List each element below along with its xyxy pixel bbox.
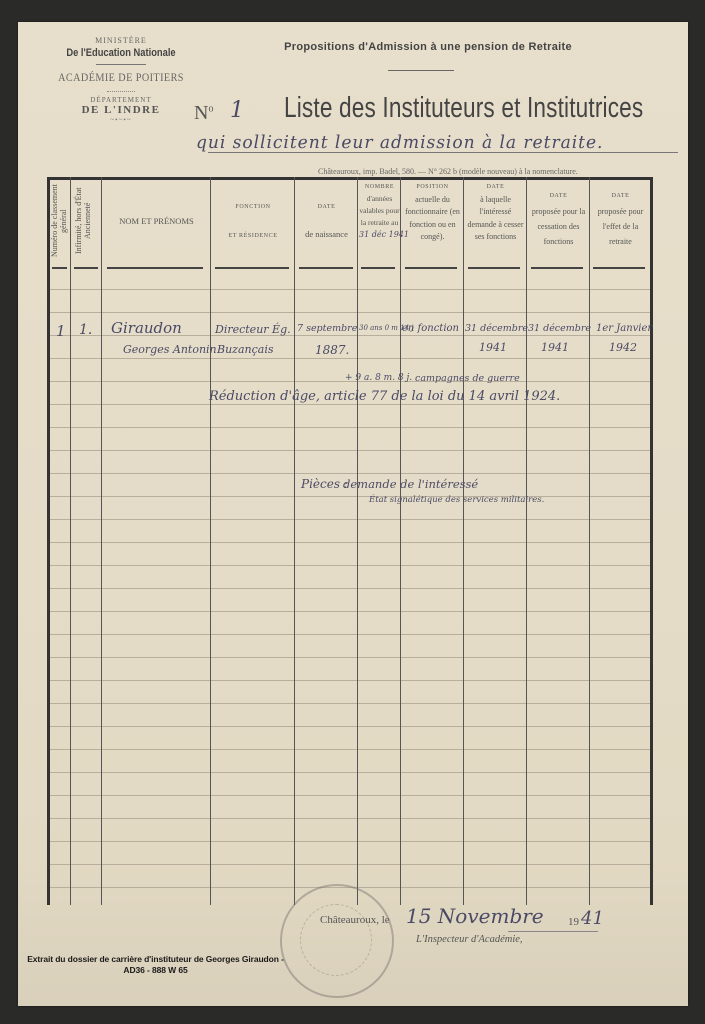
cell-date-effet: 1er Janvier	[596, 323, 652, 334]
cell-date-demande: 31 décembre	[465, 323, 528, 334]
number-sup: o	[208, 103, 213, 114]
caption-line-1: Extrait du dossier de carrière d'institu…	[18, 954, 293, 965]
ministry-block: MINISTÈRE De l'Education Nationale ACADÉ…	[46, 36, 196, 124]
col-header-position-top: POSITION	[402, 181, 463, 194]
proposition-heading: Propositions d'Admission à une pension d…	[178, 41, 678, 53]
header-underline	[52, 267, 67, 269]
register-table: Numéro de classement général Infirmité, …	[47, 177, 653, 922]
column-line	[463, 177, 464, 905]
ornament: ~•~•~	[46, 116, 196, 124]
ruled-line	[50, 864, 650, 865]
ministry-label: MINISTÈRE	[46, 36, 196, 45]
col-header-cessation-top: DATE	[528, 189, 589, 204]
column-line	[400, 177, 401, 905]
ruled-line	[50, 657, 650, 658]
col-header-position: POSITION actuelle du fonctionnaire (en f…	[402, 181, 463, 244]
header-underline	[74, 267, 98, 269]
caption-line-2: AD36 - 888 W 65	[18, 965, 293, 976]
col-header-numero: Numéro de classement général	[50, 181, 68, 261]
note-campaigns-text: campagnes de guerre	[415, 373, 520, 384]
ruled-line	[50, 542, 650, 543]
printer-note: Châteauroux, imp. Badel, 580. — N° 262 b…	[318, 167, 578, 176]
ruled-line	[50, 818, 650, 819]
note-reduction: Réduction d'âge, article 77 de la loi du…	[209, 389, 560, 404]
year-handwritten: 41	[581, 908, 604, 929]
header-underline	[531, 267, 583, 269]
col-header-effet-bottom: proposée pour l'effet de la retraite	[591, 204, 650, 249]
ruled-line	[50, 450, 650, 451]
ruled-line	[50, 680, 650, 681]
document-sheet: MINISTÈRE De l'Education Nationale ACADÉ…	[18, 22, 688, 1006]
col-header-annees-top: NOMBRE	[359, 181, 400, 193]
department-label: DÉPARTEMENT	[46, 96, 196, 104]
col-header-demande-top: DATE	[465, 181, 526, 194]
ruled-line	[50, 565, 650, 566]
cell-naissance-jour: 7 septembre	[297, 323, 357, 334]
col-header-effet: DATE proposée pour l'effet de la retrait…	[591, 189, 650, 249]
col-header-anciennete: Infirmité, hors d'État Ancienneté	[74, 181, 98, 261]
col-header-cessation-bottom: proposée pour la cessation des fonctions	[528, 204, 589, 249]
year-prefix: 19	[568, 916, 579, 928]
col-header-nom: NOM ET PRÉNOMS	[103, 215, 210, 228]
col-header-cessation: DATE proposée pour la cessation des fonc…	[528, 189, 589, 249]
ruled-line	[50, 772, 650, 773]
ministry-name: De l'Education Nationale	[57, 47, 185, 59]
header-underline	[299, 267, 353, 269]
column-line	[357, 177, 358, 905]
header-underline	[361, 267, 395, 269]
place-label: Châteauroux, le	[320, 914, 390, 926]
date-handwritten: 15 Novembre	[406, 904, 544, 928]
page-title: Liste des Instituteurs et Institutrices	[284, 92, 643, 125]
divider	[388, 70, 454, 71]
signatory-label: L'Inspecteur d'Académie,	[416, 934, 523, 945]
col-header-annees-bottom: d'années valables pour la retraite au	[359, 193, 400, 229]
ruled-line	[50, 404, 650, 405]
cell-position: en fonction	[402, 323, 459, 334]
ruled-line	[50, 289, 650, 290]
col-header-naissance: DATE de naissance	[296, 201, 357, 240]
column-line	[101, 177, 102, 905]
ruled-line	[50, 312, 650, 313]
number-letter: N	[194, 102, 208, 124]
column-line	[526, 177, 527, 905]
cell-date-demande-annee: 1941	[479, 341, 507, 354]
column-line	[47, 177, 50, 905]
ruled-line	[50, 588, 650, 589]
header-underline	[593, 267, 645, 269]
ruled-line	[50, 427, 650, 428]
column-line	[650, 177, 653, 905]
ruled-line	[50, 703, 650, 704]
cell-date-effet-annee: 1942	[609, 341, 637, 354]
column-line	[294, 177, 295, 905]
cell-fonction: Directeur Ég.	[215, 323, 291, 336]
header-underline	[107, 267, 203, 269]
cell-anciennete: 1.	[79, 322, 92, 338]
ruled-line	[50, 749, 650, 750]
cell-residence: Buzançais	[217, 343, 274, 356]
header-underline	[215, 267, 289, 269]
header-underline	[468, 267, 520, 269]
col-header-annees: NOMBRE d'années valables pour la retrait…	[359, 181, 400, 241]
col-header-effet-top: DATE	[591, 189, 650, 204]
col-header-naissance-bottom: de naissance	[296, 228, 357, 241]
ruled-line	[50, 496, 650, 497]
date-underline	[508, 931, 598, 932]
note-pieces-1: demande de l'intéressé	[343, 477, 478, 491]
divider-ornament	[107, 89, 135, 92]
cell-nom: Giraudon	[111, 319, 182, 337]
ruled-line	[50, 358, 650, 359]
column-line	[589, 177, 590, 905]
ruled-line	[50, 473, 650, 474]
cell-prenoms: Georges Antonin	[123, 343, 217, 356]
table-top-border	[47, 177, 653, 180]
column-line	[70, 177, 71, 905]
academy-name: ACADÉMIE DE POITIERS	[57, 70, 185, 85]
note-pieces-label: Pièces :	[301, 477, 348, 491]
note-campaigns-amount: + 9 a. 8 m. 8 j.	[345, 373, 412, 383]
cell-date-cessation: 31 décembre	[528, 323, 591, 334]
number-label: No	[194, 102, 213, 125]
ruled-line	[50, 841, 650, 842]
col-header-fonction-top: FONCTION	[212, 201, 294, 214]
cell-numero: 1	[56, 322, 66, 340]
cell-date-cessation-annee: 1941	[541, 341, 569, 354]
col-header-annees-date: 31 déc 1941	[359, 229, 400, 241]
ruled-line	[50, 611, 650, 612]
ruled-line	[50, 634, 650, 635]
subtitle-underline	[208, 152, 678, 153]
ruled-line	[50, 726, 650, 727]
number-value: 1	[230, 98, 244, 123]
ruled-line	[50, 795, 650, 796]
archive-caption: Extrait du dossier de carrière d'institu…	[18, 954, 293, 976]
col-header-naissance-top: DATE	[296, 201, 357, 214]
col-header-fonction: FONCTION ET RÉSIDENCE	[212, 201, 294, 242]
department-name: DE L'INDRE	[46, 104, 196, 116]
header-underline	[405, 267, 457, 269]
subtitle-handwritten: qui sollicitent leur admission à la retr…	[196, 132, 603, 153]
note-pieces-2: État signalétique des services militaire…	[369, 495, 544, 505]
ruled-line	[50, 519, 650, 520]
column-line	[210, 177, 211, 905]
col-header-demande-bottom: à laquelle l'intéressé demande à cesser …	[465, 194, 526, 244]
col-header-demande: DATE à laquelle l'intéressé demande à ce…	[465, 181, 526, 244]
divider	[96, 64, 146, 65]
col-header-fonction-bottom: ET RÉSIDENCE	[212, 230, 294, 243]
col-header-position-bottom: actuelle du fonctionnaire (en fonction o…	[402, 194, 463, 244]
cell-naissance-annee: 1887.	[315, 343, 349, 357]
